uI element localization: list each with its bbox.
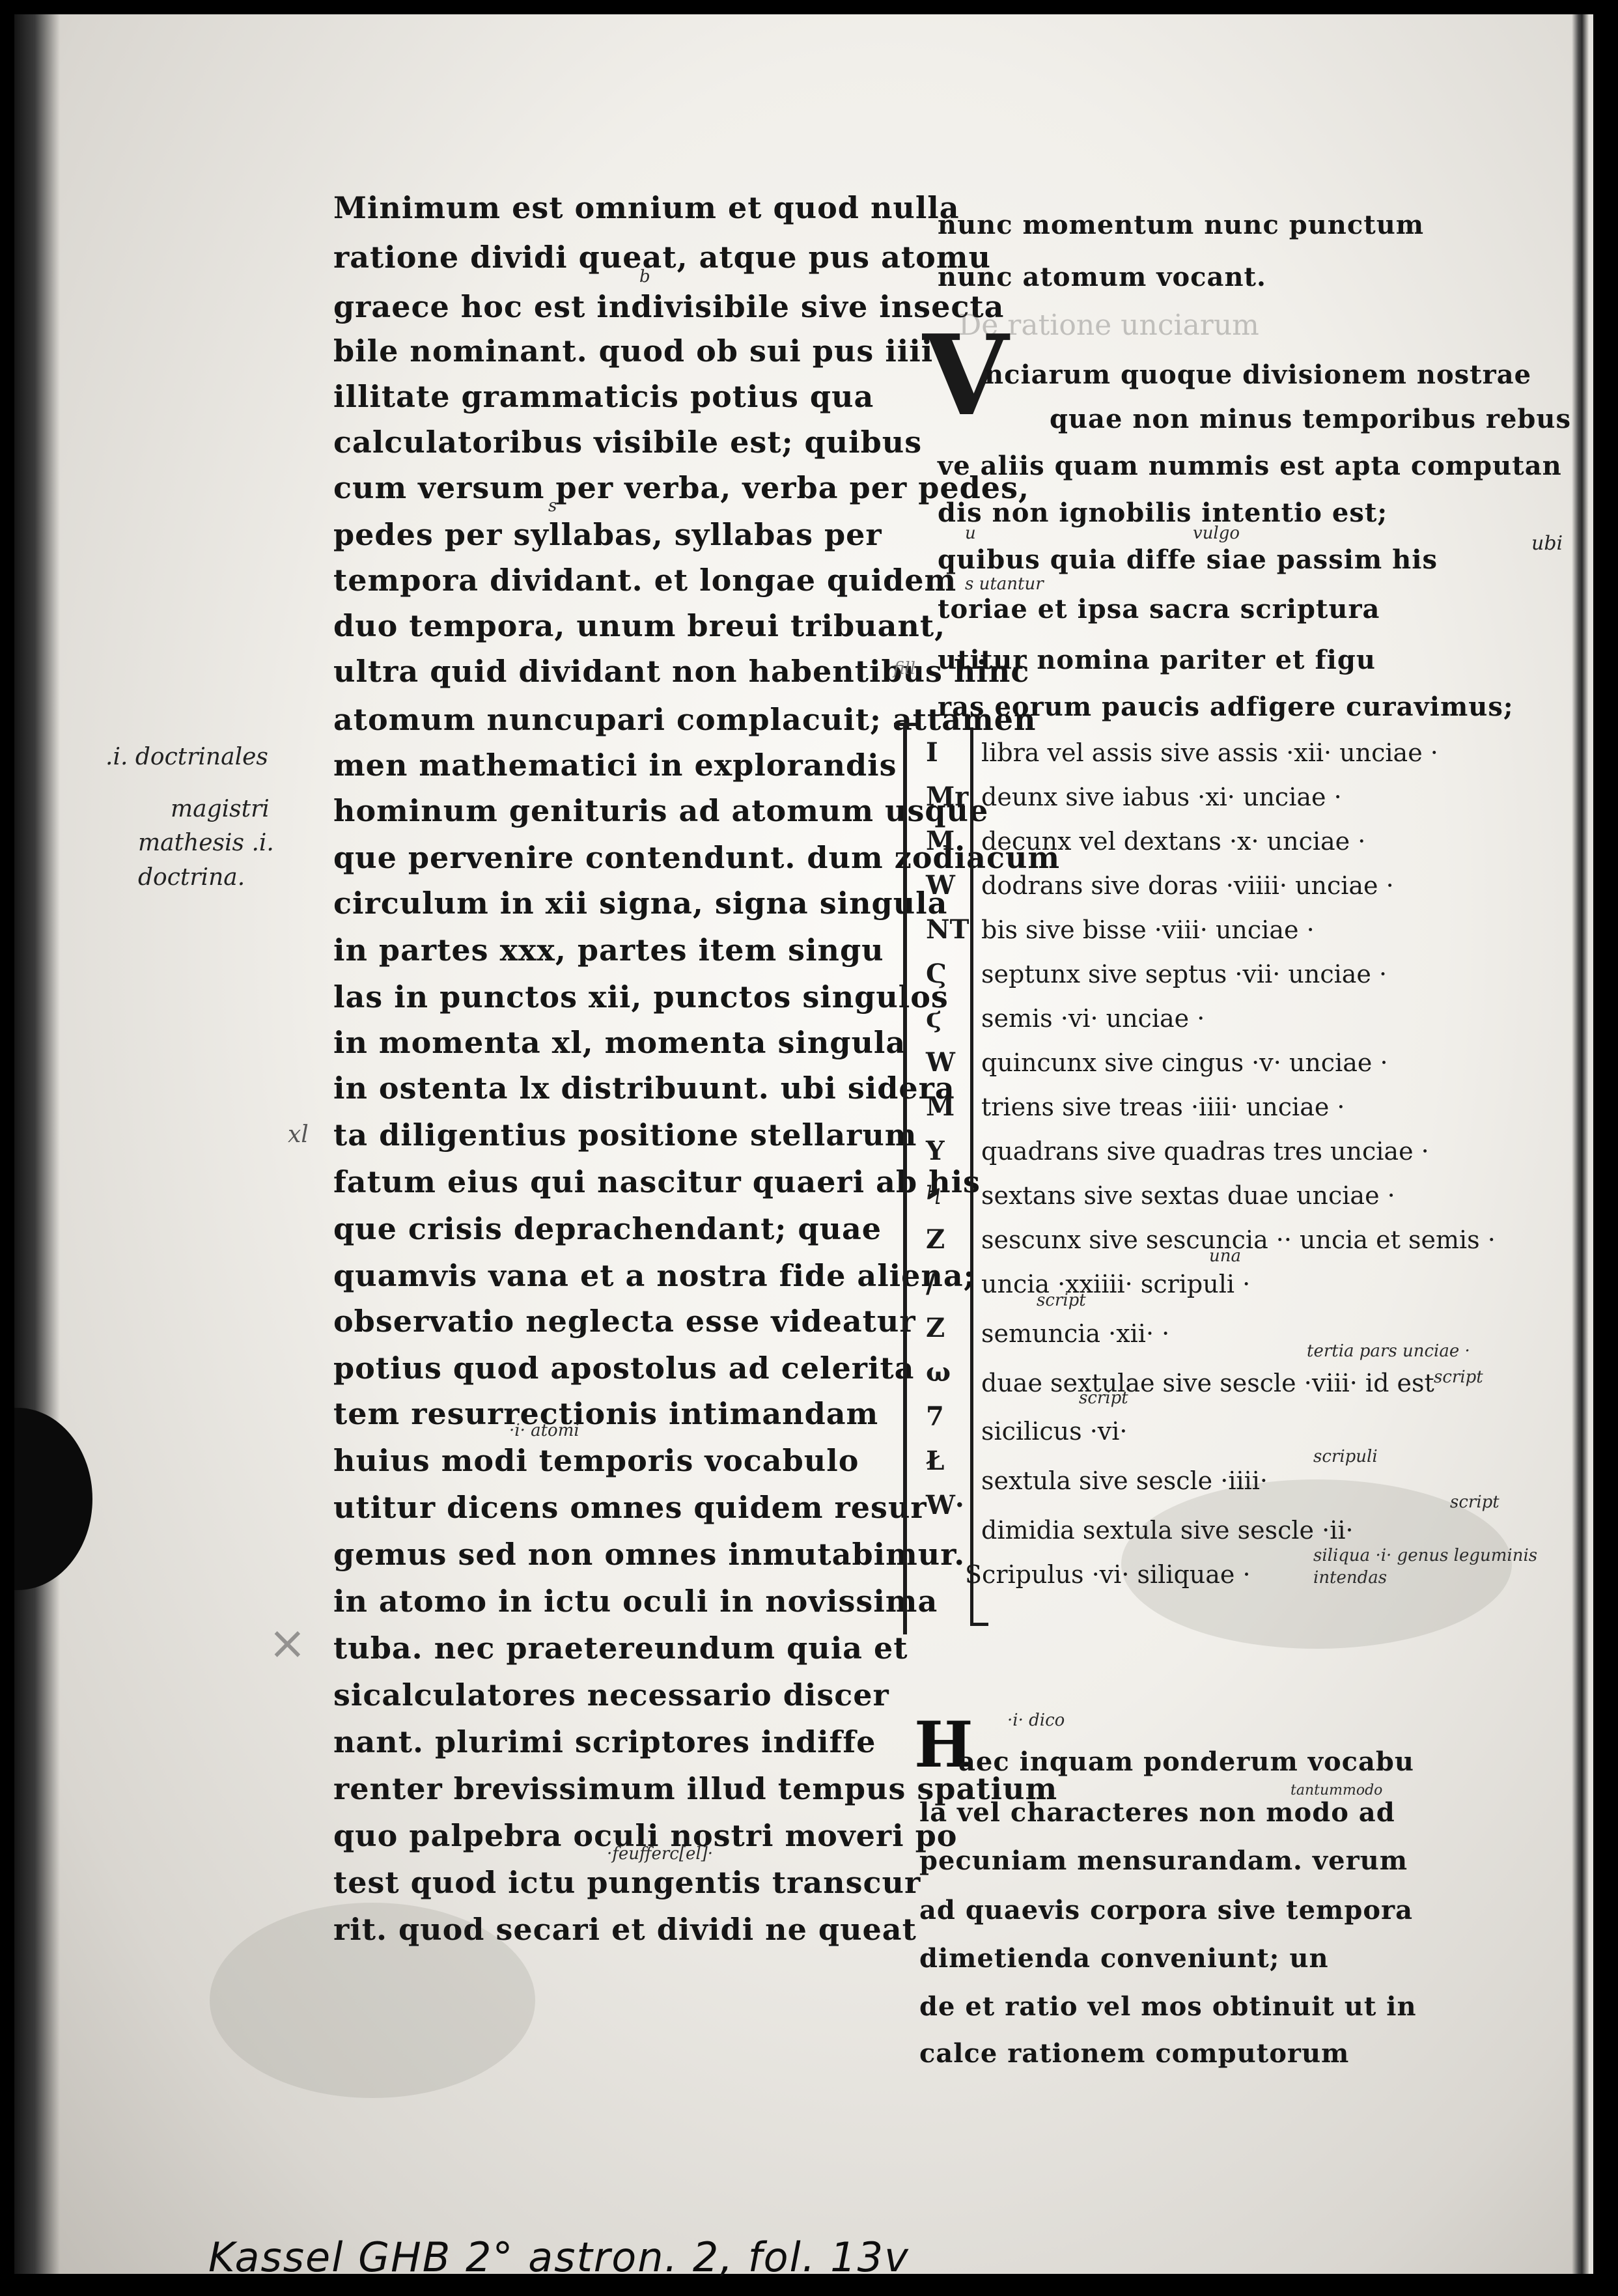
text-line: quibus quia diffe siae passim his xyxy=(938,544,1438,575)
weight-row: sextans sive sextas duae unciae · xyxy=(981,1181,1395,1210)
text-line: calce rationem computorum xyxy=(919,2038,1349,2069)
shelfmark-caption: Kassel GHB 2° astron. 2, fol. 13v xyxy=(208,2233,910,2281)
weight-symbol: 7 xyxy=(926,1401,944,1432)
interlinear-gloss: tertia pars unciae · xyxy=(1307,1341,1470,1361)
text-line: toriae et ipsa sacra scriptura xyxy=(938,594,1380,624)
weight-symbol: Y xyxy=(926,1136,945,1166)
text-line: pecuniam mensurandam. verum xyxy=(919,1845,1408,1876)
interlinear-gloss: vulgo xyxy=(1193,524,1240,543)
weight-symbol: W xyxy=(926,1047,955,1078)
text-line: la vel characteres non modo ad xyxy=(919,1797,1395,1828)
text-line: ad quaevis corpora sive tempora xyxy=(919,1895,1413,1925)
weight-row: bis sive bisse ·viii· unciae · xyxy=(981,916,1315,944)
text-line: dis non ignobilis intentio est; xyxy=(938,497,1388,528)
interlinear-gloss: ·i· dico xyxy=(1007,1711,1065,1730)
text-line: nciarum quoque divisionem nostrae xyxy=(984,359,1531,390)
weight-row: semis ·vi· unciae · xyxy=(981,1004,1205,1033)
text-line: utitur nomina pariter et figu xyxy=(938,645,1376,675)
weight-symbol: NT xyxy=(926,914,969,945)
frame-edge xyxy=(1593,14,1603,2274)
weight-row: quadrans sive quadras tres unciae · xyxy=(981,1137,1429,1166)
manuscript-photo: Minimum est omnium et quod nulla ratione… xyxy=(14,14,1603,2274)
weight-row: libra vel assis sive assis ·xii· unciae … xyxy=(981,738,1438,767)
right-text-column: nunc momentum nunc punctum nunc atomum v… xyxy=(14,14,1603,2274)
text-line: nunc atomum vocant. xyxy=(938,262,1266,292)
interlinear-gloss: tantummodo xyxy=(1290,1782,1382,1799)
text-line: aec inquam ponderum vocabu xyxy=(958,1746,1414,1777)
weight-row: Scripulus ·vi· siliquae · xyxy=(965,1560,1251,1589)
interlinear-gloss: script xyxy=(1434,1367,1483,1387)
interlinear-gloss: u xyxy=(965,524,976,543)
text-line: de et ratio vel mos obtinuit ut in xyxy=(919,1991,1417,2022)
weight-row: semuncia ·xii· · xyxy=(981,1319,1169,1348)
weight-symbol: ϛ xyxy=(926,1003,942,1033)
table-bracket-right xyxy=(970,727,973,1626)
weight-symbol: W xyxy=(926,870,955,901)
interlinear-gloss: siliqua ·i· genus leguminis intendas xyxy=(1313,1545,1561,1589)
table-bracket-left xyxy=(903,723,907,1634)
interlinear-gloss: s utantur xyxy=(965,574,1044,594)
interlinear-gloss: script xyxy=(1037,1291,1086,1310)
weight-symbol: Mr xyxy=(926,781,968,812)
weight-symbol: / xyxy=(926,1268,936,1299)
weight-row: septunx sive septus ·vii· unciae · xyxy=(981,960,1387,988)
weight-row: sextula sive sescle ·iiii· xyxy=(981,1466,1268,1495)
weight-symbol: Z xyxy=(926,1313,945,1343)
text-line: nunc momentum nunc punctum xyxy=(938,210,1424,240)
weight-symbol: W· xyxy=(926,1490,964,1520)
text-line: ras eorum paucis adfigere curavimus; xyxy=(938,692,1514,722)
weight-row: deunx sive iabus ·xi· unciae · xyxy=(981,783,1342,811)
text-line: ve aliis quam nummis est apta computan xyxy=(938,451,1562,481)
weight-row: dimidia sextula sive sescle ·ii· xyxy=(981,1516,1354,1545)
weight-row: decunx vel dextans ·x· unciae · xyxy=(981,827,1365,856)
weight-symbol: Ł xyxy=(926,1446,944,1476)
weight-row: triens sive treas ·iiii· unciae · xyxy=(981,1093,1345,1121)
text-line: quae non minus temporibus rebus xyxy=(1050,404,1571,434)
interlinear-gloss: script xyxy=(1079,1388,1128,1408)
weight-row: sicilicus ·vi· xyxy=(981,1417,1128,1446)
weight-symbol: Ϛ xyxy=(926,959,947,989)
text-line: dimetienda conveniunt; un xyxy=(919,1943,1329,1974)
weight-symbol: I xyxy=(926,737,938,768)
weight-row: dodrans sive doras ·viiii· unciae · xyxy=(981,871,1394,900)
weight-symbol: ω xyxy=(926,1357,951,1388)
weight-symbol: Z xyxy=(926,1224,945,1255)
weight-symbol: M xyxy=(926,826,955,856)
weight-symbol: Ϟ xyxy=(926,1180,942,1211)
interlinear-gloss: una xyxy=(1209,1246,1241,1266)
interlinear-gloss: script xyxy=(1450,1492,1499,1512)
weight-symbol: M xyxy=(926,1091,955,1122)
weight-row: quincunx sive cingus ·v· unciae · xyxy=(981,1048,1388,1077)
weight-row: uncia ·xxiiii· scripuli · xyxy=(981,1270,1250,1298)
interlinear-gloss: scripuli xyxy=(1313,1447,1378,1466)
weight-row: duae sextulae sive sescle ·viii· id est xyxy=(981,1369,1434,1397)
